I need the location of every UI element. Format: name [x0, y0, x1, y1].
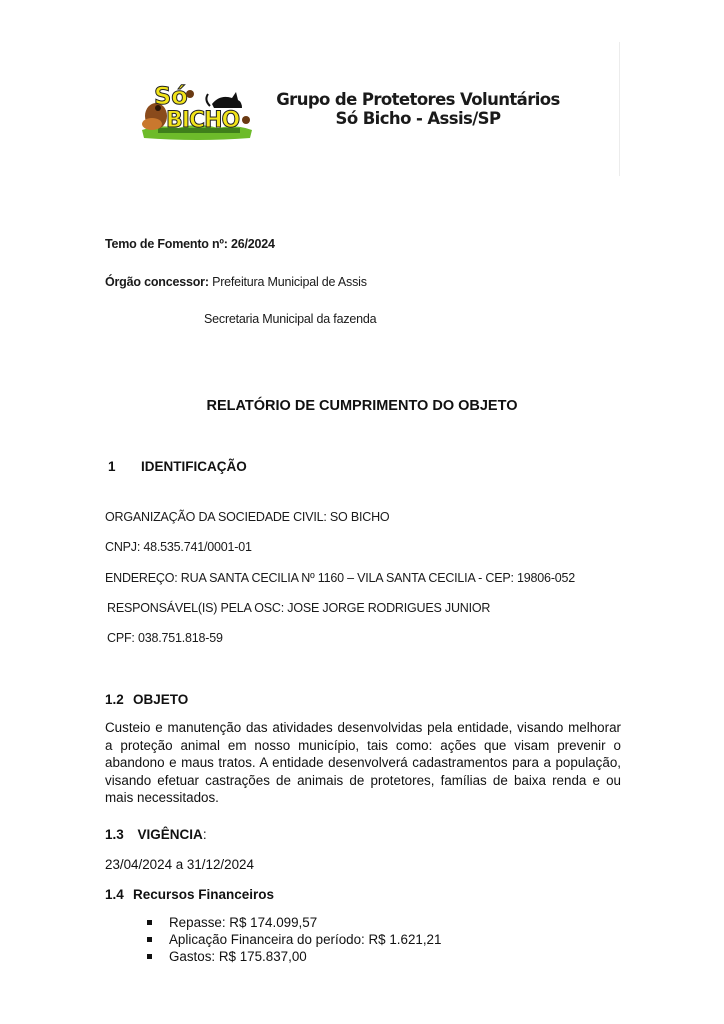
secretaria: Secretaria Municipal da fazenda: [204, 312, 376, 326]
section-1-4-title: Recursos Financeiros: [133, 887, 274, 902]
document-title: RELATÓRIO DE CUMPRIMENTO DO OBJETO: [0, 398, 724, 414]
orgao-concessor: Órgão concessor: Prefeitura Municipal de…: [105, 275, 367, 289]
org-title-line1: Grupo de Protetores Voluntários: [268, 90, 568, 109]
so-bicho-logo: Só BICHO: [138, 78, 254, 142]
section-1-3-colon: :: [203, 827, 207, 842]
bullet-square-icon: [147, 920, 152, 925]
section-1-3-heading: 1.3 VIGÊNCIA:: [105, 827, 207, 842]
osc-name: ORGANIZAÇÃO DA SOCIEDADE CIVIL: SO BICHO: [105, 510, 389, 524]
orgao-label: Órgão concessor:: [105, 275, 209, 289]
section-1-2-number: 1.2: [105, 692, 124, 707]
logo-graphic: Só BICHO: [138, 78, 254, 142]
organization-title: Grupo de Protetores Voluntários Só Bicho…: [268, 90, 568, 128]
section-1-title: IDENTIFICAÇÃO: [141, 459, 247, 474]
cpf: CPF: 038.751.818-59: [107, 631, 223, 645]
bullet-square-icon: [147, 954, 152, 959]
list-item-gastos: Gastos: R$ 175.837,00: [147, 948, 441, 965]
section-1-4-number: 1.4: [105, 887, 124, 902]
aplicacao-text: Aplicação Financeira do período: R$ 1.62…: [169, 932, 441, 947]
orgao-value: Prefeitura Municipal de Assis: [212, 275, 367, 289]
cnpj: CNPJ: 48.535.741/0001-01: [105, 540, 252, 554]
svg-text:Só: Só: [154, 82, 188, 110]
termo-fomento: Temo de Fomento nº: 26/2024: [105, 237, 275, 251]
section-1-number: 1: [108, 459, 116, 474]
section-1-3-title: VIGÊNCIA: [138, 827, 203, 842]
vigencia-period: 23/04/2024 a 31/12/2024: [105, 857, 254, 872]
header-divider: [619, 42, 620, 176]
repasse-text: Repasse: R$ 174.099,57: [169, 915, 317, 930]
org-title-line2: Só Bicho - Assis/SP: [268, 109, 568, 128]
objeto-description: Custeio e manutenção das atividades dese…: [105, 719, 621, 807]
responsavel: RESPONSÁVEL(IS) PELA OSC: JOSE JORGE ROD…: [107, 601, 490, 615]
bullet-square-icon: [147, 937, 152, 942]
section-1-3-number: 1.3: [105, 827, 124, 842]
gastos-text: Gastos: R$ 175.837,00: [169, 949, 307, 964]
list-item-aplicacao: Aplicação Financeira do período: R$ 1.62…: [147, 931, 441, 948]
endereco: ENDEREÇO: RUA SANTA CECILIA Nº 1160 – VI…: [105, 571, 575, 585]
list-item-repasse: Repasse: R$ 174.099,57: [147, 914, 441, 931]
section-1-2-title: OBJETO: [133, 692, 188, 707]
financial-resources-list: Repasse: R$ 174.099,57 Aplicação Finance…: [147, 914, 441, 965]
svg-text:BICHO: BICHO: [166, 108, 240, 133]
